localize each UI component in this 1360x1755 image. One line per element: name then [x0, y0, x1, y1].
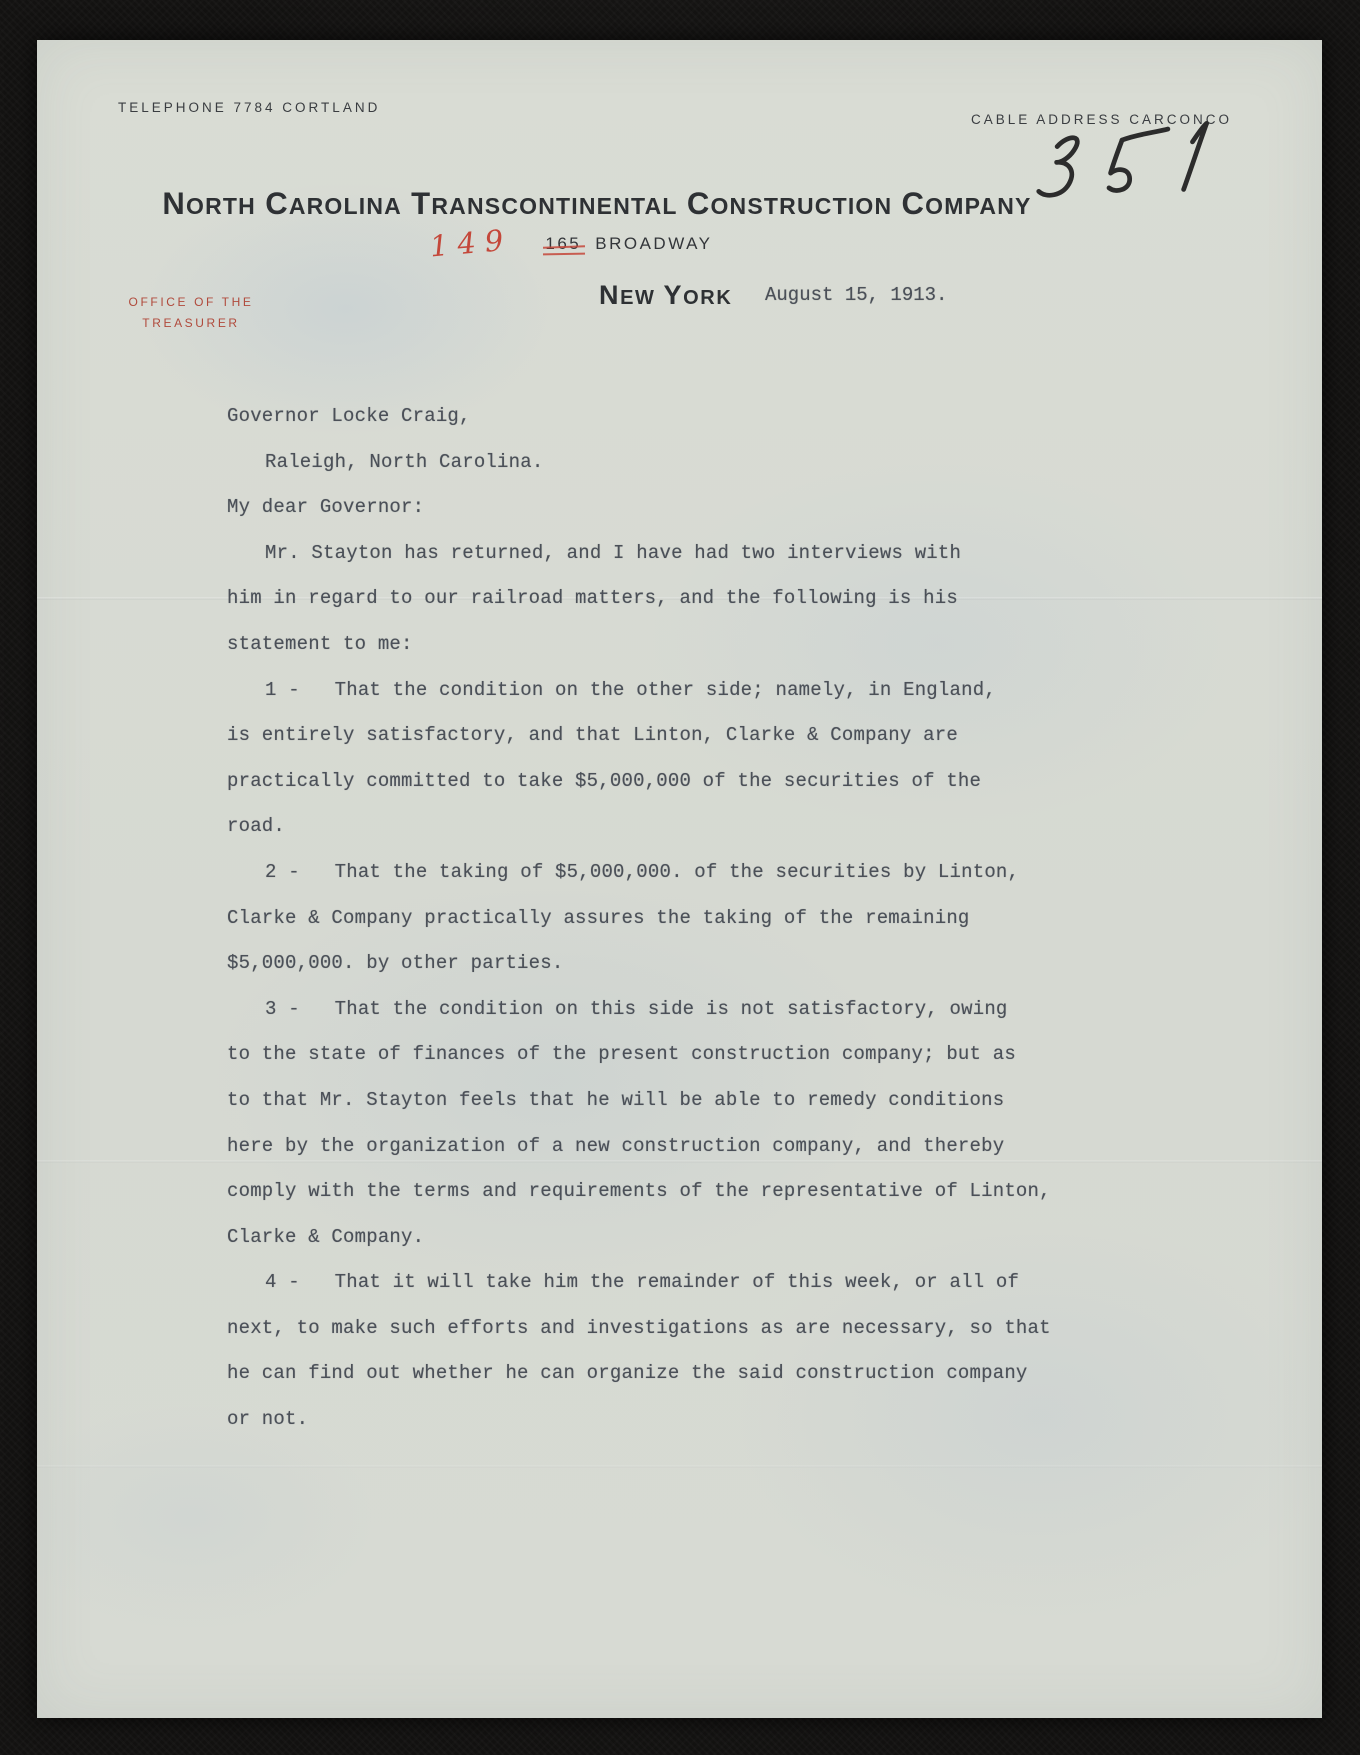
letter-body: Governor Locke Craig, Raleigh, North Car… [227, 394, 1237, 1443]
letter-line: road. [227, 804, 1237, 850]
paper-crease [37, 1465, 1322, 1468]
letterhead-telephone: TELEPHONE 7784 CORTLAND [118, 100, 380, 115]
salutation: My dear Governor: [227, 485, 1237, 531]
letter-line: or not. [227, 1397, 1237, 1443]
letter-line: next, to make such efforts and investiga… [227, 1306, 1237, 1352]
address-line: 149 165 BROADWAY [429, 216, 713, 270]
letter-line: him in regard to our railroad matters, a… [227, 576, 1237, 622]
office-line1: OFFICE OF THE [103, 292, 279, 313]
letter-line: practically committed to take $5,000,000… [227, 759, 1237, 805]
letter-line: statement to me: [227, 622, 1237, 668]
letter-line: here by the organization of a new constr… [227, 1124, 1237, 1170]
letter-date: August 15, 1913. [765, 284, 947, 306]
letter-line: is entirely satisfactory, and that Linto… [227, 713, 1237, 759]
letter-line: Clarke & Company. [227, 1215, 1237, 1261]
struck-street-number: 165 [545, 234, 581, 270]
letter-line: 3 - That the condition on this side is n… [227, 987, 1237, 1033]
letter-line: Clarke & Company practically assures the… [227, 896, 1237, 942]
city-name: NewYork [599, 280, 732, 311]
digit-5-bar-stroke [1122, 129, 1169, 140]
recipient-name: Governor Locke Craig, [227, 394, 1237, 440]
letter-line: comply with the terms and requirements o… [227, 1169, 1237, 1215]
digit-5-stroke [1107, 140, 1130, 191]
letter-line: 1 - That the condition on the other side… [227, 668, 1237, 714]
letter-page: TELEPHONE 7784 CORTLAND CABLE ADDRESS CA… [37, 40, 1322, 1718]
handwritten-street-number: 149 [429, 222, 514, 263]
letter-line: Mr. Stayton has returned, and I have had… [227, 531, 1237, 577]
recipient-address: Raleigh, North Carolina. [227, 440, 1237, 486]
letter-line: 4 - That it will take him the remainder … [227, 1260, 1237, 1306]
office-line2: TREASURER [103, 313, 279, 334]
street-name: BROADWAY [595, 234, 712, 270]
scan-background: { "colors": { "background": "#161514", "… [0, 0, 1360, 1755]
digit-1-stroke [1181, 124, 1208, 190]
letter-line: to the state of finances of the present … [227, 1032, 1237, 1078]
office-of-the-treasurer: OFFICE OF THE TREASURER [103, 292, 279, 334]
letter-line: to that Mr. Stayton feels that he will b… [227, 1078, 1237, 1124]
letter-line: he can find out whether he can organize … [227, 1351, 1237, 1397]
letter-line: 2 - That the taking of $5,000,000. of th… [227, 850, 1237, 896]
letter-line: $5,000,000. by other parties. [227, 941, 1237, 987]
